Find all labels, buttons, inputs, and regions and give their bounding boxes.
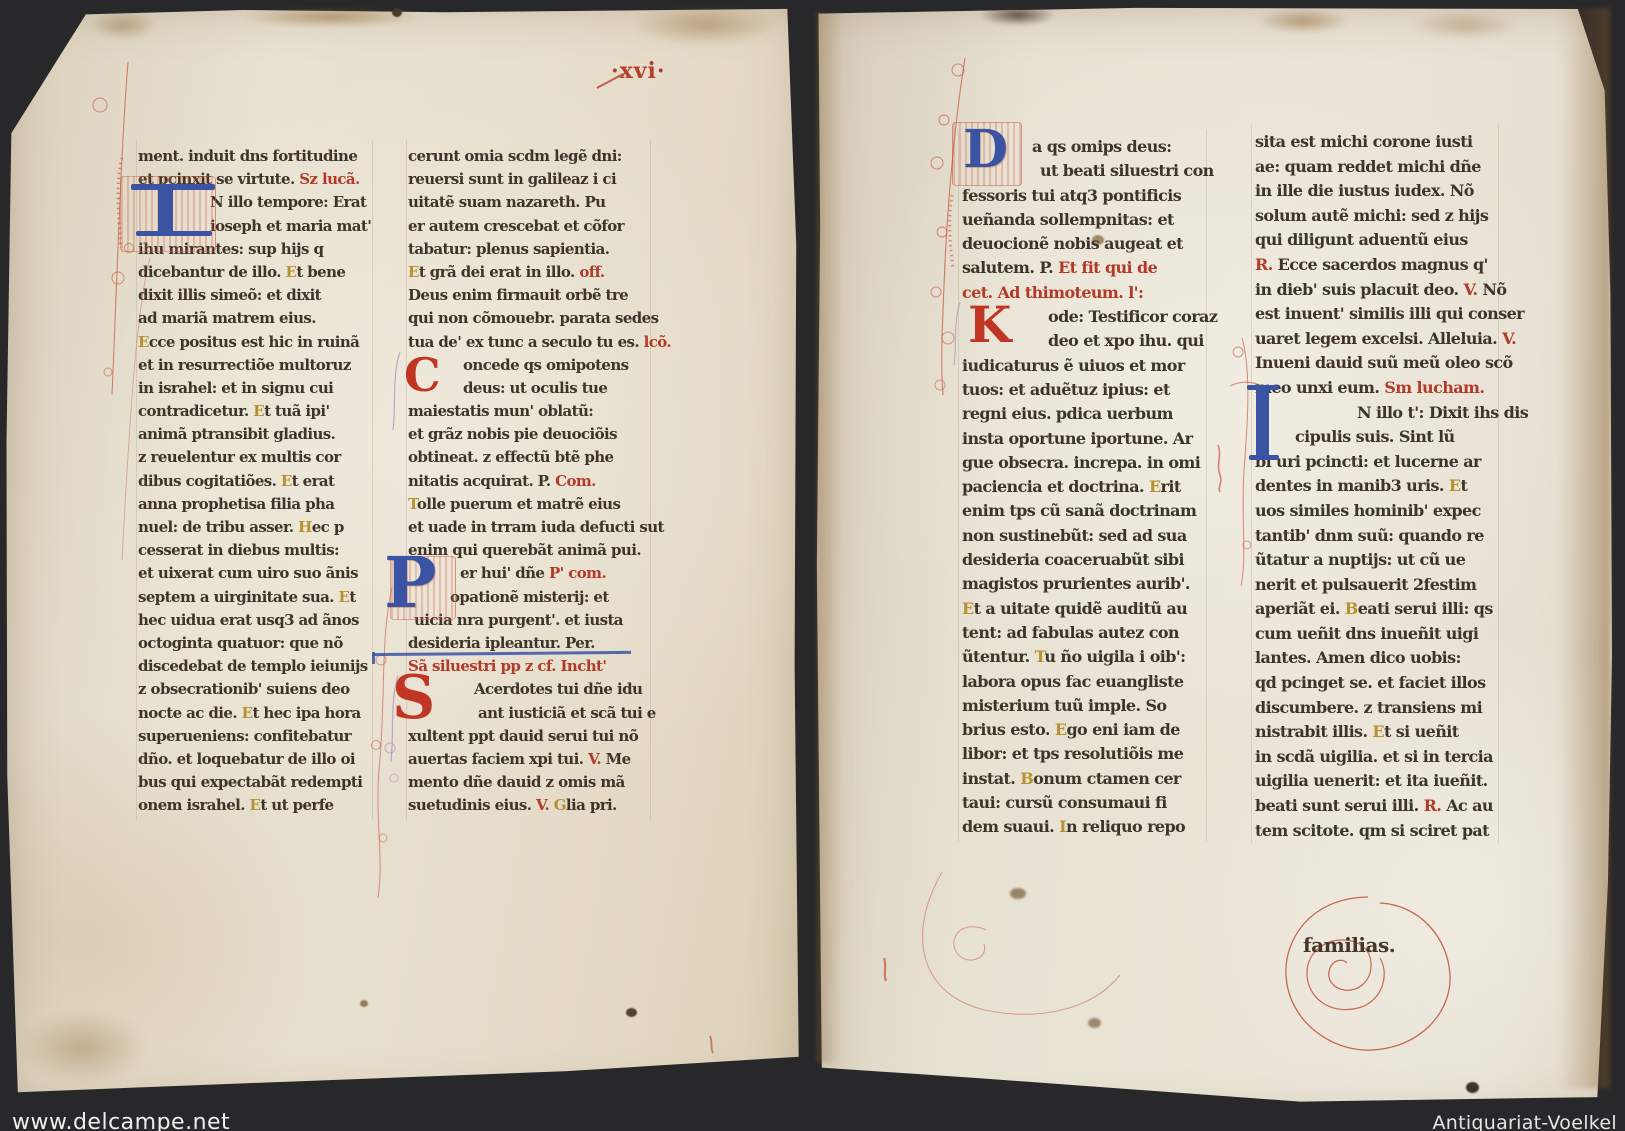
text-line: dentes in manib3 uris. Et [1255, 474, 1493, 499]
text-segment: t [349, 588, 355, 606]
text-line: qd pcinget se. et faciet illos [1255, 671, 1493, 696]
text-segment: contradicetur. [138, 402, 253, 420]
text-segment: obtineat. z effectũ btẽ phe [408, 448, 614, 466]
text-line: onem israhel. Et ut perfe [138, 794, 370, 817]
text-segment: desideria ipleantur. Per. [408, 634, 595, 652]
text-segment: animã ptransibit gladius. [138, 425, 335, 443]
text-line: animã ptransibit gladius. [138, 423, 370, 446]
text-segment: ũtatur a nuptijs: ut cũ ue [1255, 550, 1465, 569]
text-line: auertas faciem xpi tui. V. Me [408, 748, 646, 771]
text-line: salutem. P. Et fit qui de [962, 256, 1202, 280]
text-line: misterium tuũ imple. So [962, 694, 1202, 718]
text-segment: instat. [962, 769, 1020, 788]
text-segment: nitatis acquirat. P. [408, 472, 555, 490]
text-segment: salutem. P. [962, 258, 1058, 277]
watermark-antiquariat: Antiquariat-Voelkel [1432, 1112, 1617, 1131]
text-line: qui diligunt aduentũ eius [1255, 228, 1493, 253]
text-segment: rit [1161, 477, 1181, 496]
text-segment: nuel: de tribu asser. [138, 518, 298, 536]
text-segment: E [339, 588, 350, 606]
text-segment: brius esto. [962, 720, 1055, 739]
text-segment: beati sunt serui illi. [1255, 796, 1424, 815]
illuminated-initial-K: K [968, 300, 1011, 350]
text-segment: lcõ. [644, 333, 671, 351]
illuminated-initial-C: C [404, 352, 441, 398]
ruling-line [1498, 125, 1499, 843]
text-segment: V. [1502, 329, 1516, 348]
text-segment: ant iusticiã et scã tui e [478, 704, 656, 722]
text-segment: enim tps cũ sanã doctrinam [962, 501, 1196, 520]
text-line: Et a uitate quidẽ auditũ au [962, 597, 1202, 621]
text-segment: E [250, 796, 261, 814]
text-segment: paciencia et doctrina. [962, 477, 1149, 496]
text-line: nistrabit illis. Et si ueñit [1255, 720, 1493, 745]
text-segment: t si ueñit [1384, 722, 1459, 741]
text-segment: off. [579, 263, 604, 281]
text-segment: superueniens: confitebatur [138, 727, 351, 745]
ruling-line [1206, 130, 1207, 842]
text-line: Deus enim firmauit orbẽ tre [408, 284, 646, 307]
text-line: tuos: et aduẽtuz ipius: et [962, 378, 1202, 402]
text-segment: ut beati siluestri con [1040, 161, 1214, 180]
text-segment: desideria coaceruabũt sibi [962, 550, 1184, 569]
text-segment: Sz lucã. [299, 170, 359, 188]
text-line: ant iusticiã et scã tui e [408, 702, 646, 725]
initial-I-top-bar [131, 184, 215, 190]
text-segment: magistos prurientes aurib'. [962, 574, 1190, 593]
text-segment: discumbere. z transiens mi [1255, 698, 1482, 717]
text-line: aperiãt ei. Beati serui illi: qs [1255, 597, 1493, 622]
text-segment: et uade in trram iuda defucti sut [408, 518, 664, 536]
text-segment: cce positus est hic in ruinã [149, 333, 359, 351]
text-segment: sita est michi corone iusti [1255, 132, 1472, 151]
text-line: discumbere. z transiens mi [1255, 696, 1493, 721]
text-line: cum ueñit dns inueñit uigi [1255, 622, 1493, 647]
text-segment: E [138, 333, 149, 351]
text-line: cerunt omia scdm legẽ dni: [408, 145, 646, 168]
text-line: contradicetur. Et tuã ipi' [138, 400, 370, 423]
text-segment: I [1059, 817, 1066, 836]
text-line: et uixerat cum uiro suo ãnis [138, 562, 370, 585]
text-segment: ad mariã matrem eius. [138, 309, 316, 327]
text-segment: xultent ppt dauid serui tui nõ [408, 727, 638, 745]
text-line: solum autẽ michi: sed z hijs [1255, 204, 1493, 229]
text-line: uitatẽ suam nazareth. Pu [408, 191, 646, 214]
text-segment: Ac au [1446, 796, 1493, 815]
text-segment: lia pri. [566, 796, 617, 814]
text-segment: reuersi sunt in galileaz i ci [408, 170, 616, 188]
text-segment: t a uitate quidẽ auditũ au [974, 599, 1188, 618]
text-line: ment. induit dns fortitudine [138, 145, 370, 168]
text-segment: H [298, 518, 312, 536]
text-segment: a qs omips deus: [1032, 137, 1171, 156]
text-segment: lantes. [1255, 648, 1316, 667]
text-segment: V. [536, 796, 554, 814]
text-segment: cerunt omia scdm legẽ dni: [408, 147, 622, 165]
text-column-right-2: sita est michi corone iustiae: quam redd… [1255, 130, 1493, 843]
text-line: ae: quam reddet michi dñe [1255, 155, 1493, 180]
text-segment: ment. induit dns fortitudine [138, 147, 357, 165]
text-line: regni eius. pdica uerbum [962, 402, 1202, 426]
illuminated-initial-D: D [963, 124, 1008, 176]
manuscript-photo: ·xvi· ment. induit dns fortitudineet pci… [0, 0, 1625, 1131]
text-line: uaret legem excelsi. Alleluia. V. [1255, 327, 1493, 352]
text-line: dicebantur de illo. Et bene [138, 261, 370, 284]
text-line: nocte ac die. Et hec ipa hora [138, 702, 370, 725]
text-line: N illo t': Dixit ihs dis [1255, 401, 1493, 426]
text-segment: t grã dei erat in illo. [419, 263, 579, 281]
text-segment: E [408, 263, 419, 281]
text-line: oncede qs omipotens [408, 354, 646, 377]
text-segment: cesserat in diebus multis: [138, 541, 339, 559]
text-segment: hec uidua erat usq3 ad ãnos [138, 611, 359, 629]
text-column-left-2: cerunt omia scdm legẽ dni:reuersi sunt i… [408, 145, 646, 817]
text-segment: onum ctamen cer [1033, 769, 1181, 788]
text-segment: E [1449, 476, 1461, 495]
text-segment: Ar [1173, 429, 1193, 448]
text-segment: nocte ac die. [138, 704, 242, 722]
text-line: sita est michi corone iusti [1255, 130, 1493, 155]
text-segment: Et fit qui de [1058, 258, 1157, 277]
text-segment: in israhel: et in signu cui [138, 379, 333, 397]
text-line: nerit et pulsauerit 2festim [1255, 573, 1493, 598]
folio-number: ·xvi· [611, 58, 666, 84]
text-line: et in resurrectiõe multoruz [138, 354, 370, 377]
text-segment: anna prophetisa filia pha [138, 495, 334, 513]
text-segment: Sint lũ [1399, 427, 1455, 446]
text-segment: regni eius. pdica uerbum [962, 404, 1173, 423]
text-line: anna prophetisa filia pha [138, 493, 370, 516]
text-line: tantib' dnm suũ: quando re [1255, 524, 1493, 549]
text-segment: N illo tempore: Erat [210, 193, 366, 211]
text-segment: dño. et loquebatur de illo oi [138, 750, 355, 768]
text-line: dem suaui. In reliquo repo [962, 815, 1202, 839]
text-line: Tolle puerum et matrẽ eius [408, 493, 646, 516]
text-line: nitatis acquirat. P. Com. [408, 470, 646, 493]
text-segment: G [554, 796, 566, 814]
text-segment: Com. [555, 472, 596, 490]
text-line: nuel: de tribu asser. Hec p [138, 516, 370, 539]
text-line: hec uidua erat usq3 ad ãnos [138, 609, 370, 632]
illuminated-initial-S: S [392, 668, 435, 728]
text-segment: discedebat de templo ieiunijs [138, 657, 368, 675]
text-line: reuersi sunt in galileaz i ci [408, 168, 646, 191]
text-line: dño. et loquebatur de illo oi [138, 748, 370, 771]
text-line: octoginta quatuor: que nõ [138, 632, 370, 655]
text-segment: dibus cogitatiões. [138, 472, 281, 490]
text-segment: E [1055, 720, 1067, 739]
text-segment: onem israhel. [138, 796, 250, 814]
text-segment: suetudinis eius. [408, 796, 536, 814]
text-segment: So [1145, 696, 1166, 715]
text-line: Sã siluestri pp z cf. Incht' [408, 655, 646, 678]
initial-I-bottom-bar [136, 231, 212, 236]
text-line: ũtentur. Tu ño uigila i oib': [962, 645, 1202, 669]
text-segment: z obsecrationib' suiens deo [138, 680, 350, 698]
text-line: er autem crescebat et cõfor [408, 215, 646, 238]
text-segment: octoginta quatuor: que nõ [138, 634, 343, 652]
text-segment: n reliquo repo [1066, 817, 1185, 836]
text-segment: bi uri pcincti: et lucerne ar [1255, 452, 1481, 471]
text-segment: in ille die iustus iudex. [1255, 181, 1450, 200]
text-segment: Amen dico uobis: [1316, 648, 1461, 667]
text-segment: cum ueñit dns inueñit uigi [1255, 624, 1478, 643]
text-segment: taui: cursũ consumaui fi [962, 793, 1167, 812]
text-line: bus qui expectabãt redempti [138, 771, 370, 794]
text-line: qui non cõmouebr. parata sedes [408, 307, 646, 330]
text-line: uigilia uenerit: et ita iueñit. [1255, 769, 1493, 794]
text-line: deuocionẽ nobis augeat et [962, 232, 1202, 256]
text-segment: Sm lucham. [1384, 378, 1484, 397]
text-line: cipulis suis. Sint lũ [1255, 425, 1493, 450]
text-segment: E [1149, 477, 1161, 496]
text-line: Acerdotes tui dñe idu [408, 678, 646, 701]
text-segment: dicebantur de illo. [138, 263, 285, 281]
text-line: tem scitote. qm si sciret pat [1255, 819, 1493, 844]
text-segment: qui non cõmouebr. parata sedes [408, 309, 658, 327]
text-segment: t [1460, 476, 1467, 495]
text-line: tent: ad fabulas autez con [962, 621, 1202, 645]
text-segment: solum autẽ michi: sed z hijs [1255, 206, 1488, 225]
text-line: cesserat in diebus multis: [138, 539, 370, 562]
text-segment: P' com. [549, 564, 606, 582]
text-segment: dem suaui. [962, 817, 1059, 836]
text-line: iudicaturus ẽ uiuos et mor [962, 354, 1202, 378]
text-line: desideria coaceruabũt sibi [962, 548, 1202, 572]
text-segment: tantib' dnm suũ: quando re [1255, 526, 1484, 545]
text-segment: iudicaturus ẽ uiuos et mor [962, 356, 1185, 375]
text-line: in scdã uigilia. et si in tercia [1255, 745, 1493, 770]
text-line: mento dñe dauid z omis mã [408, 771, 646, 794]
text-segment: t hec ipa hora [252, 704, 360, 722]
text-segment: et grãz nobis pie deuociõis [408, 425, 617, 443]
text-line: in israhel: et in signu cui [138, 377, 370, 400]
text-line: deus: ut oculis tue [408, 377, 646, 400]
text-line: taui: cursũ consumaui fi [962, 791, 1202, 815]
text-segment: z reuelentur ex multis cor [138, 448, 341, 466]
text-line: ueñanda sollempnitas: et [962, 208, 1202, 232]
text-line: meo unxi eum. Sm lucham. [1255, 376, 1493, 401]
text-line: non sustinebũt: sed ad sua [962, 524, 1202, 548]
text-line: beati sunt serui illi. R. Ac au [1255, 794, 1493, 819]
text-line: Ecce positus est hic in ruinã [138, 331, 370, 354]
text-segment: et uixerat cum uiro suo ãnis [138, 564, 358, 582]
text-segment: misterium tuũ imple. [962, 696, 1145, 715]
text-line: z reuelentur ex multis cor [138, 446, 370, 469]
text-line: instat. Bonum ctamen cer [962, 767, 1202, 791]
ruling-line [372, 140, 373, 820]
text-line: fessoris tui atq3 pontificis [962, 184, 1202, 208]
ruling-line [958, 130, 959, 842]
text-segment: E [242, 704, 253, 722]
text-segment: Pu [585, 193, 606, 211]
text-segment: Sã siluestri pp z cf. Incht' [408, 657, 606, 675]
text-segment: auertas faciem xpi tui. [408, 750, 588, 768]
text-segment: t erat [292, 472, 335, 490]
text-segment: mento dñe dauid z omis mã [408, 773, 625, 791]
text-line: Et grã dei erat in illo. off. [408, 261, 646, 284]
text-segment: nistrabit illis. [1255, 722, 1372, 741]
text-segment: tent: ad fabulas autez con [962, 623, 1179, 642]
text-line: in dieb' suis placuit deo. V. Nõ [1255, 278, 1493, 303]
text-segment: ueñanda sollempnitas: et [962, 210, 1174, 229]
text-line: Inueni dauid suũ meũ oleo scõ [1255, 351, 1493, 376]
text-segment: ae: quam reddet michi dñe [1255, 157, 1481, 176]
ruling-line [1251, 125, 1252, 843]
text-line: R. Ecce sacerdos magnus q' [1255, 253, 1493, 278]
text-segment: maiestatis mun' oblatũ: [408, 402, 593, 420]
text-line: dixit illis simeõ: et dixit [138, 284, 370, 307]
text-line: maiestatis mun' oblatũ: [408, 400, 646, 423]
text-line: et grãz nobis pie deuociõis [408, 423, 646, 446]
text-segment: uitatẽ suam nazareth. [408, 193, 585, 211]
text-segment: B [1345, 599, 1358, 618]
text-segment: N illo t': Dixit ihs dis [1357, 403, 1528, 422]
text-segment: qd pcinget se. et faciet illos [1255, 673, 1486, 692]
text-line: magistos prurientes aurib'. [962, 572, 1202, 596]
text-segment: E [253, 402, 264, 420]
text-segment: aperiãt ei. [1255, 599, 1345, 618]
initial-I-stem [158, 186, 173, 236]
text-segment: dixit illis simeõ: et dixit [138, 286, 321, 304]
text-line: in ille die iustus iudex. Nõ [1255, 179, 1493, 204]
text-segment: qui diligunt aduentũ eius [1255, 230, 1468, 249]
text-line: enim tps cũ sanã doctrinam [962, 499, 1202, 523]
text-segment: V. [588, 750, 606, 768]
text-segment: deo et xpo ihu. qui [1048, 331, 1204, 350]
catchword: familias. [1303, 933, 1395, 957]
text-segment: tem scitote. qm si sciret pat [1255, 821, 1489, 840]
text-segment: insta oportune iportune. [962, 429, 1173, 448]
text-segment: ec p [312, 518, 344, 536]
text-segment: go eni iam de [1066, 720, 1179, 739]
text-segment: V. [1463, 280, 1482, 299]
text-segment: opationẽ misterij: et [450, 588, 609, 606]
text-segment: septem a uirginitate sua. [138, 588, 339, 606]
text-segment: T [408, 495, 417, 513]
text-segment: labora opus fac euangliste [962, 672, 1183, 691]
text-segment: deuocionẽ nobis augeat et [962, 234, 1183, 253]
text-segment: E [962, 599, 974, 618]
text-segment: uos similes hominib' expec [1255, 501, 1481, 520]
text-segment: Inueni dauid suũ meũ oleo scõ [1255, 353, 1513, 372]
text-segment: B [1020, 769, 1033, 788]
text-segment: dentes in manib3 uris. [1255, 476, 1449, 495]
text-segment: ode: Testificor coraz [1048, 307, 1217, 326]
text-segment: Nõ [1450, 181, 1474, 200]
text-segment: t bene [296, 263, 345, 281]
text-line: et uade in trram iuda defucti sut [408, 516, 646, 539]
text-segment: deus: ut oculis tue [463, 379, 607, 397]
text-segment: tuos: et aduẽtuz ipius: et [962, 380, 1170, 399]
text-line: tua de' ex tunc a seculo tu es. lcõ. [408, 331, 646, 354]
text-segment: E [281, 472, 292, 490]
illuminated-initial-P: P [384, 548, 437, 618]
text-segment: Deus enim firmauit orbẽ tre [408, 286, 628, 304]
text-segment: fessoris tui atq3 pontificis [962, 186, 1181, 205]
text-line: uos similes hominib' expec [1255, 499, 1493, 524]
text-line: est inuent' similis illi qui conser [1255, 302, 1493, 327]
text-segment: nerit et pulsauerit 2festim [1255, 575, 1476, 594]
text-line: septem a uirginitate sua. Et [138, 586, 370, 609]
text-segment: t tuã ipi' [264, 402, 329, 420]
text-line: ad mariã matrem eius. [138, 307, 370, 330]
text-line: xultent ppt dauid serui tui nõ [408, 725, 646, 748]
text-segment: er autem crescebat et cõfor [408, 217, 624, 235]
text-segment: R. [1424, 796, 1447, 815]
text-segment: cipulis suis. [1295, 427, 1399, 446]
text-segment: uigilia uenerit: et ita iueñit. [1255, 771, 1488, 790]
text-line: ũtatur a nuptijs: ut cũ ue [1255, 548, 1493, 573]
text-segment: E [1372, 722, 1384, 741]
text-segment: ũtentur. [962, 647, 1035, 666]
text-line: insta oportune iportune. Ar [962, 427, 1202, 451]
text-segment: Nõ [1482, 280, 1506, 299]
text-line: bi uri pcincti: et lucerne ar [1255, 450, 1493, 475]
text-line: suetudinis eius. V. Glia pri. [408, 794, 646, 817]
text-segment: u ño uigila i oib': [1044, 647, 1185, 666]
text-line: z obsecrationib' suiens deo [138, 678, 370, 701]
text-line: obtineat. z effectũ btẽ phe [408, 446, 646, 469]
text-segment: est inuent' similis illi qui conser [1255, 304, 1524, 323]
text-line: lantes. Amen dico uobis: [1255, 646, 1493, 671]
text-line: dibus cogitatiões. Et erat [138, 470, 370, 493]
watermark-delcampe: www.delcampe.net [12, 1110, 230, 1131]
text-segment: E [285, 263, 296, 281]
manuscript-leaf-right [812, 0, 1625, 1131]
text-segment: Ecce sacerdos magnus q' [1278, 255, 1488, 274]
text-segment: Acerdotes tui dñe idu [474, 680, 642, 698]
text-segment: Me [606, 750, 631, 768]
text-line: discedebat de templo ieiunijs [138, 655, 370, 678]
text-line: labora opus fac euangliste [962, 670, 1202, 694]
text-segment: ioseph et maria mat' [210, 217, 371, 235]
text-segment: uaret legem excelsi. Alleluia. [1255, 329, 1502, 348]
text-segment: bus qui expectabãt redempti [138, 773, 362, 791]
text-line: paciencia et doctrina. Erit [962, 475, 1202, 499]
text-segment: in dieb' suis placuit deo. [1255, 280, 1463, 299]
text-segment: er hui' dñe [460, 564, 549, 582]
text-segment: eati serui illi: qs [1358, 599, 1493, 618]
text-line: superueniens: confitebatur [138, 725, 370, 748]
text-segment: non sustinebũt: sed ad sua [962, 526, 1187, 545]
text-segment: R. [1255, 255, 1278, 274]
text-segment: libor: et tps resolutiõis me [962, 744, 1183, 763]
text-segment: gue obsecra. increpa. in omi [962, 453, 1200, 472]
text-line: libor: et tps resolutiõis me [962, 742, 1202, 766]
text-segment: olle puerum et matrẽ eius [417, 495, 620, 513]
initial-I-stem [1256, 387, 1269, 459]
initial-I-bottom-bar [1249, 455, 1279, 460]
text-line: gue obsecra. increpa. in omi [962, 451, 1202, 475]
text-segment: tua de' ex tunc a seculo tu es. [408, 333, 644, 351]
text-segment: T [1035, 647, 1045, 666]
text-column-right-1: a qs omips deus:ut beati siluestri confe… [962, 135, 1202, 840]
text-segment: tabatur: plenus sapientia. [408, 240, 609, 258]
text-segment: oncede qs omipotens [463, 356, 629, 374]
text-segment: in scdã uigilia. et si in tercia [1255, 747, 1493, 766]
text-segment: t ut perfe [260, 796, 333, 814]
text-line: brius esto. Ego eni iam de [962, 718, 1202, 742]
blue-filler-rule-hook [372, 652, 375, 664]
text-line: tabatur: plenus sapientia. [408, 238, 646, 261]
text-segment: et in resurrectiõe multoruz [138, 356, 351, 374]
